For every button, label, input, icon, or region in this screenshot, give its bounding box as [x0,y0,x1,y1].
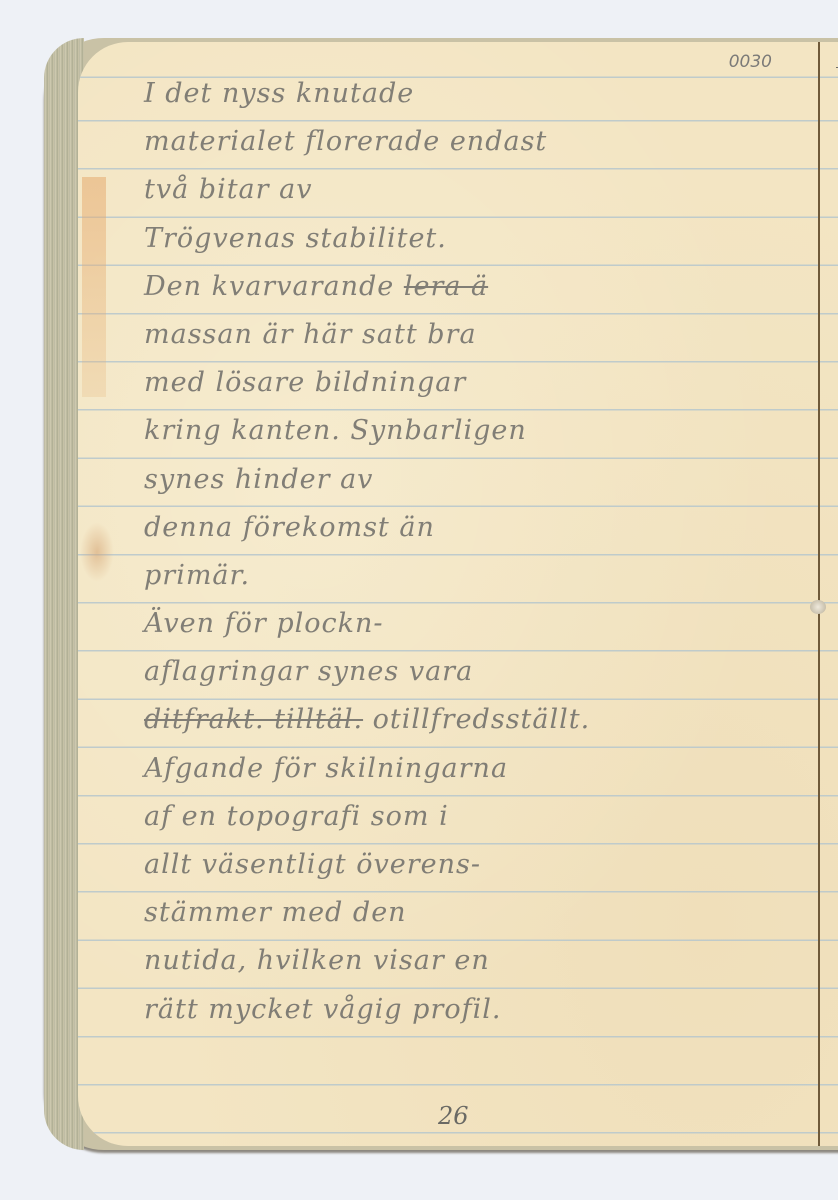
text-line: Den kvarvarande lera ä [144,263,744,311]
text-line: två bitar av [144,166,744,214]
notebook-page: 0030 I det nyss knutade materialet flore… [78,42,838,1146]
text-line: rätt mycket vågig profil. [144,986,744,1034]
archive-number: 0030 [729,52,772,72]
text-line: Även för plockn- [144,600,744,648]
text-line: massan är här satt bra [144,311,744,359]
binding-gutter [818,42,820,1146]
struck-text: lera ä [404,271,488,302]
text-line: med lösare bildningar [144,359,744,407]
text-line: nutida, hvilken visar en [144,937,744,985]
text-line: materialet florerade endast [144,118,744,166]
text-line: Trögvenas stabilitet. [144,215,744,263]
paper-stain [80,522,114,582]
binding-thread [810,600,826,614]
text-line: ditfrakt. tilltäl. otillfredsställt. [144,696,744,744]
text-line: stämmer med den [144,889,744,937]
notebook: 0030 I det nyss knutade materialet flore… [44,38,838,1150]
paper-stain [82,177,106,397]
text-line: primär. [144,552,744,600]
text-line: Afgande för skilningarna [144,745,744,793]
text-line: denna förekomst än [144,504,744,552]
text-line: synes hinder av [144,456,744,504]
text-line: allt väsentligt överens- [144,841,744,889]
facing-page-edge: 7 12 M R T t 䒑 [830,42,838,1146]
handwritten-text: I det nyss knutade materialet florerade … [144,70,744,1034]
struck-text: ditfrakt. tilltäl. [144,704,363,735]
text-line: kring kanten. Synbarligen [144,407,744,455]
text-line: aflagringar synes vara [144,648,744,696]
text-line: I det nyss knutade [144,70,744,118]
page-number: 26 [438,1102,469,1130]
text-line: af en topografi som i [144,793,744,841]
